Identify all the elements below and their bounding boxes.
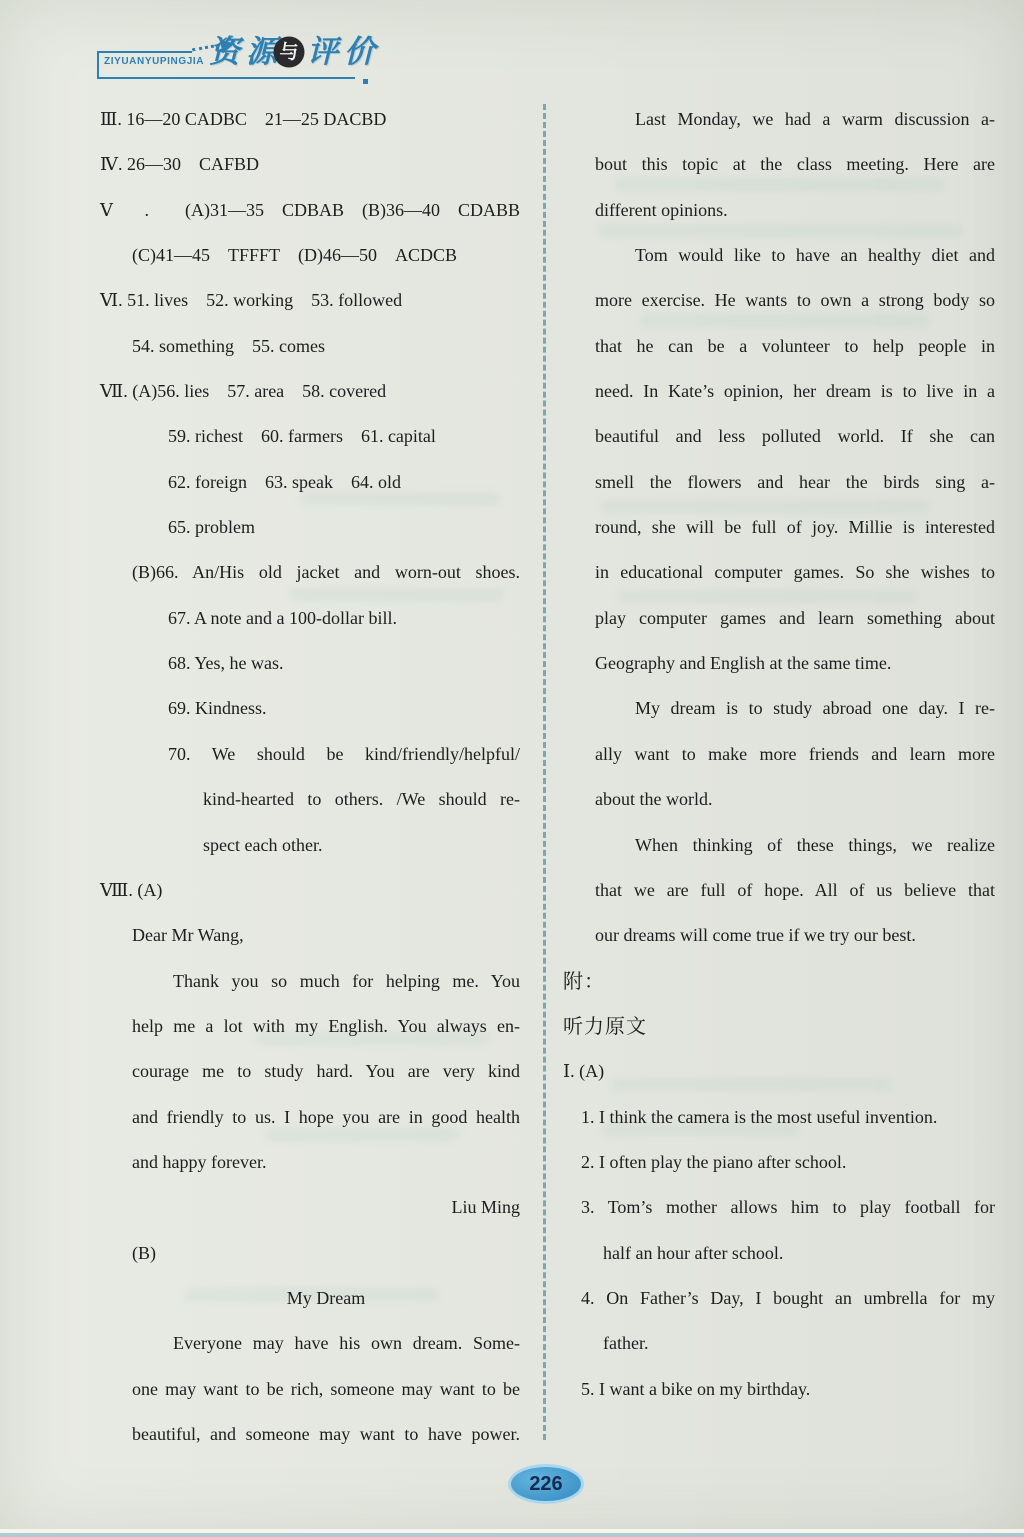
text-line: 附： [563, 959, 995, 1004]
text-line: father. [603, 1321, 995, 1366]
text-line: Ⅷ. (A) [100, 868, 520, 913]
text-line: (B) [132, 1231, 520, 1276]
text-line: round, she will be full of joy. Millie i… [595, 505, 995, 550]
text-line: Thank you so much for helping me. You [173, 959, 520, 1004]
brand-logo: ZIYUANYUPINGJIA 资源 与 评价 [97, 30, 397, 90]
left-column: Ⅲ. 16—20 CADBC 21—25 DACBDⅣ. 26—30 CAFBD… [100, 97, 520, 1457]
text-line: that we are full of hope. All of us beli… [595, 868, 995, 913]
column-divider [543, 104, 546, 1440]
text-line: Last Monday, we had a warm discussion a- [635, 97, 995, 142]
text-line: ally want to make more friends and learn… [595, 732, 995, 777]
text-line: Ⅵ. 51. lives 52. working 53. followed [100, 278, 520, 323]
page-number: 226 [529, 1473, 562, 1496]
text-line: Ⅲ. 16—20 CADBC 21—25 DACBD [100, 97, 520, 142]
logo-circle-character: 与 [275, 38, 303, 66]
logo-underline [97, 77, 355, 79]
text-line: 65. problem [168, 505, 520, 550]
text-line: and happy forever. [132, 1140, 520, 1185]
text-line: (B)66. An/His old jacket and worn-out sh… [132, 550, 520, 595]
text-line: our dreams will come true if we try our … [595, 913, 995, 958]
logo-box-left-line [97, 51, 99, 77]
text-line: Ⅶ. (A)56. lies 57. area 58. covered [100, 369, 520, 414]
book-page: ZIYUANYUPINGJIA 资源 与 评价 Ⅲ. 16—20 CADBC 2… [0, 0, 1024, 1537]
text-line: Tom would like to have an healthy diet a… [635, 233, 995, 278]
text-line: that he can be a volunteer to help peopl… [595, 324, 995, 369]
text-line: Everyone may have his own dream. Some- [173, 1321, 520, 1366]
logo-period-dot [363, 79, 368, 84]
text-line: beautiful and less polluted world. If sh… [595, 414, 995, 459]
text-line: 5. I want a bike on my birthday. [581, 1367, 995, 1412]
text-line: kind-hearted to others. /We should re- [203, 777, 520, 822]
text-line: Ⅳ. 26—30 CAFBD [100, 142, 520, 187]
text-line: 2. I often play the piano after school. [581, 1140, 995, 1185]
text-line: 3. Tom’s mother allows him to play footb… [581, 1185, 995, 1230]
text-line: need. In Kate’s opinion, her dream is to… [595, 369, 995, 414]
text-line: about the world. [595, 777, 995, 822]
text-line: When thinking of these things, we realiz… [635, 823, 995, 868]
text-line: courage me to study hard. You are very k… [132, 1049, 520, 1094]
text-line: bout this topic at the class meeting. He… [595, 142, 995, 187]
text-line: and friendly to us. I hope you are in go… [132, 1095, 520, 1140]
text-line: 4. On Father’s Day, I bought an umbrella… [581, 1276, 995, 1321]
text-line: smell the flowers and hear the birds sin… [595, 460, 995, 505]
text-line: 67. A note and a 100-dollar bill. [168, 596, 520, 641]
logo-title-part1: 资源 [209, 26, 283, 71]
text-line: 听力原文 [563, 1004, 995, 1049]
text-line: Geography and English at the same time. [595, 641, 995, 686]
page-number-badge: 226 [508, 1464, 584, 1504]
text-line: 70. We should be kind/friendly/helpful/ [168, 732, 520, 777]
text-line: half an hour after school. [603, 1231, 995, 1276]
text-line: Dear Mr Wang, [132, 913, 520, 958]
right-column: Last Monday, we had a warm discussion a-… [563, 97, 995, 1412]
text-line: more exercise. He wants to own a strong … [595, 278, 995, 323]
text-line: spect each other. [203, 823, 520, 868]
page-edge-shadow [0, 1533, 1024, 1537]
text-line: 69. Kindness. [168, 686, 520, 731]
text-line: 54. something 55. comes [132, 324, 520, 369]
text-line: 59. richest 60. farmers 61. capital [168, 414, 520, 459]
text-line: in educational computer games. So she wi… [595, 550, 995, 595]
text-line: beautiful, and someone may want to have … [132, 1412, 520, 1457]
text-line: 68. Yes, he was. [168, 641, 520, 686]
text-line: My dream is to study abroad one day. I r… [635, 686, 995, 731]
text-line: different opinions. [595, 188, 995, 233]
text-line: play computer games and learn something … [595, 596, 995, 641]
text-line: Liu Ming [132, 1185, 520, 1230]
text-line: My Dream [132, 1276, 520, 1321]
logo-title-part2: 评价 [307, 26, 381, 71]
text-line: one may want to be rich, someone may wan… [132, 1367, 520, 1412]
text-line: (C)41—45 TFFFT (D)46—50 ACDCB [132, 233, 520, 278]
text-line: Ⅰ. (A) [563, 1049, 995, 1094]
logo-box-top-line [97, 51, 192, 53]
text-line: 1. I think the camera is the most useful… [581, 1095, 995, 1140]
text-line: help me a lot with my English. You alway… [132, 1004, 520, 1049]
logo-pinyin-text: ZIYUANYUPINGJIA [104, 56, 204, 67]
text-line: Ⅴ. (A)31—35 CDBAB (B)36—40 CDABB [100, 188, 520, 233]
text-line: 62. foreign 63. speak 64. old [168, 460, 520, 505]
